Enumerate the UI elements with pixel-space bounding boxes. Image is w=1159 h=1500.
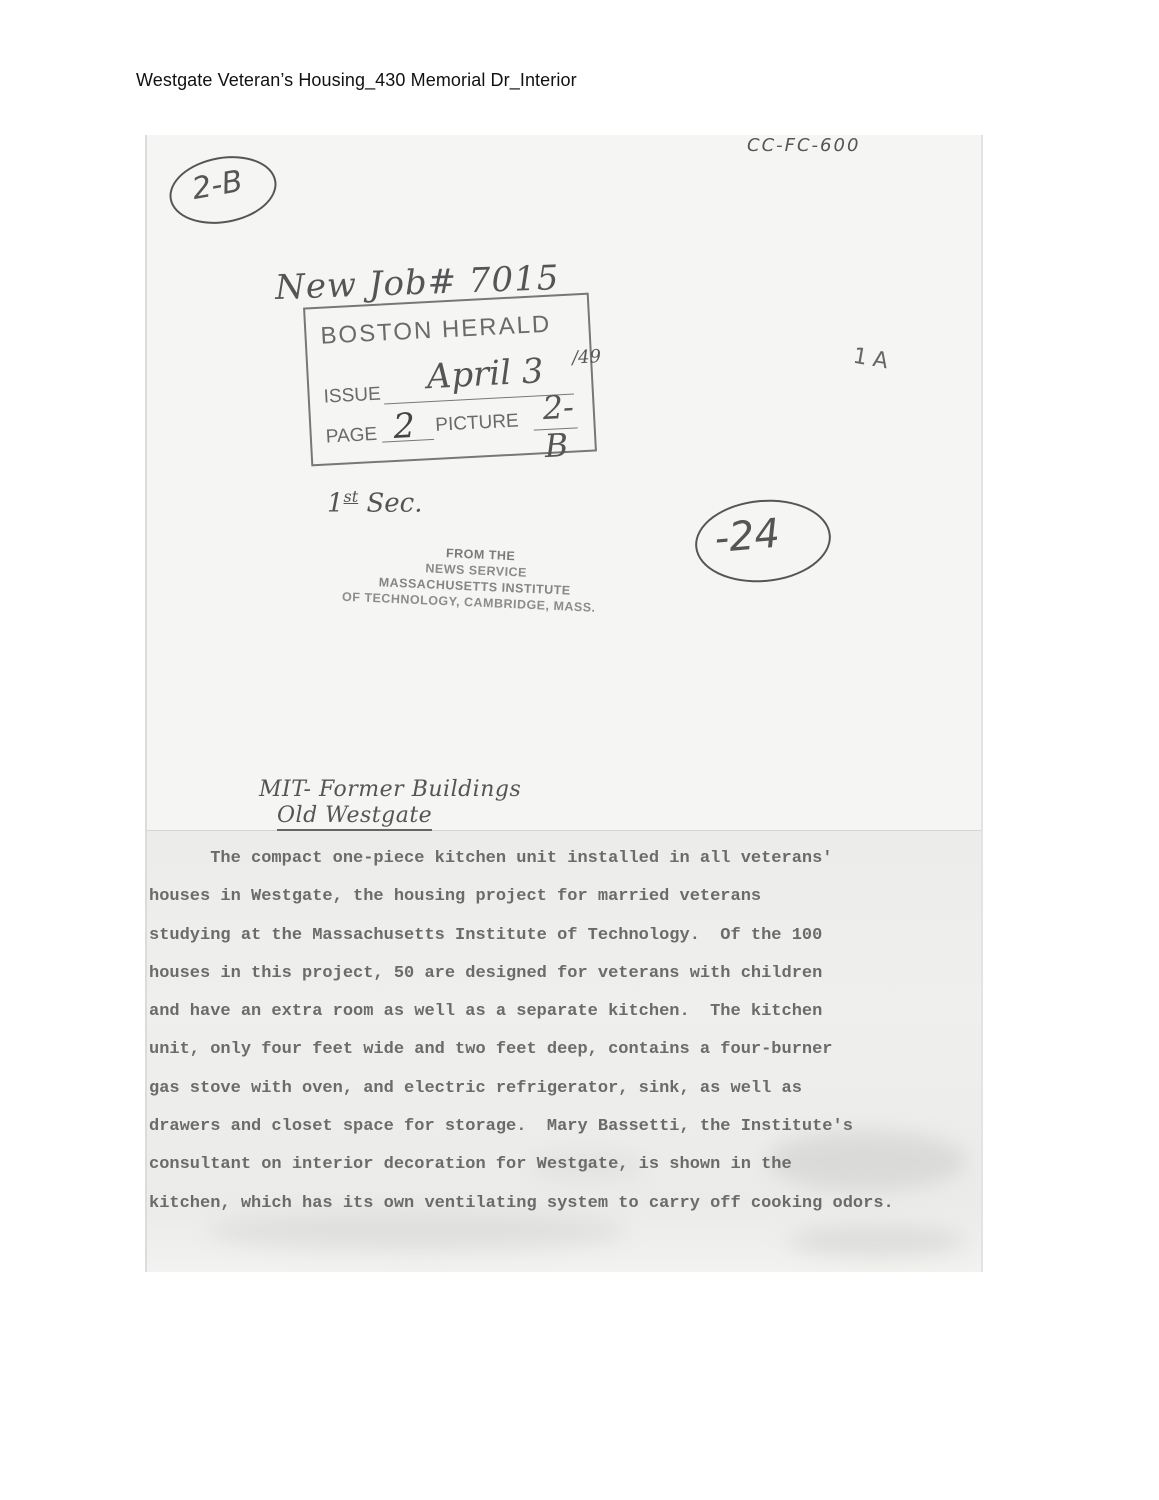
scanned-document: 2-B CC-FC-600 New Job# 7015 BOSTON HERAL… <box>145 135 983 1272</box>
stamp-title: BOSTON HERALD <box>320 311 552 351</box>
stamp-page-label: PAGE <box>325 424 377 449</box>
typewritten-caption: The compact one-piece kitchen unit insta… <box>147 840 983 1223</box>
caption-line: consultant on interior decoration for We… <box>149 1146 983 1184</box>
caption-line: houses in Westgate, the housing project … <box>149 878 983 916</box>
caption-line: unit, only four feet wide and two feet d… <box>149 1031 983 1069</box>
stamp-issue-value: April 3 <box>426 351 545 397</box>
catalog-number: CC-FC-600 <box>747 135 860 156</box>
stamp-page-value: 2 <box>392 406 416 447</box>
section-number: 1 <box>327 489 344 519</box>
archive-label-line-2: Old Westgate <box>277 803 432 831</box>
boston-herald-stamp: BOSTON HERALD April 3 /49 ISSUE PAGE 2 P… <box>303 293 597 467</box>
news-service-stamp: FROM THE NEWS SERVICE MASSACHUSETTS INST… <box>336 540 639 617</box>
caption-line: houses in this project, 50 are designed … <box>149 955 983 993</box>
stamp-issue-label: ISSUE <box>323 384 381 409</box>
page-header: Westgate Veteran’s Housing_430 Memorial … <box>136 70 577 91</box>
caption-line: kitchen, which has its own ventilating s… <box>149 1185 983 1223</box>
stamp-picture-value: 2-B <box>542 387 596 466</box>
circled-number-text: -24 <box>713 511 782 563</box>
circled-id-text: 2-B <box>189 164 245 207</box>
section-label: Sec. <box>358 489 422 519</box>
caption-line: drawers and closet space for storage. Ma… <box>149 1108 983 1146</box>
archive-label-line-1: MIT- Former Buildings <box>259 777 521 802</box>
caption-line: studying at the Massachusetts Institute … <box>149 917 983 955</box>
caption-line: and have an extra room as well as a sepa… <box>149 993 983 1031</box>
stamp-issue-year: /49 <box>571 346 601 368</box>
section-suffix: st <box>344 487 359 506</box>
caption-line: The compact one-piece kitchen unit insta… <box>149 840 983 878</box>
scan-photo-back <box>147 135 981 830</box>
stamp-picture-label: PICTURE <box>435 410 519 436</box>
section-annotation: 1st Sec. <box>327 487 422 519</box>
caption-line: gas stove with oven, and electric refrig… <box>149 1070 983 1108</box>
